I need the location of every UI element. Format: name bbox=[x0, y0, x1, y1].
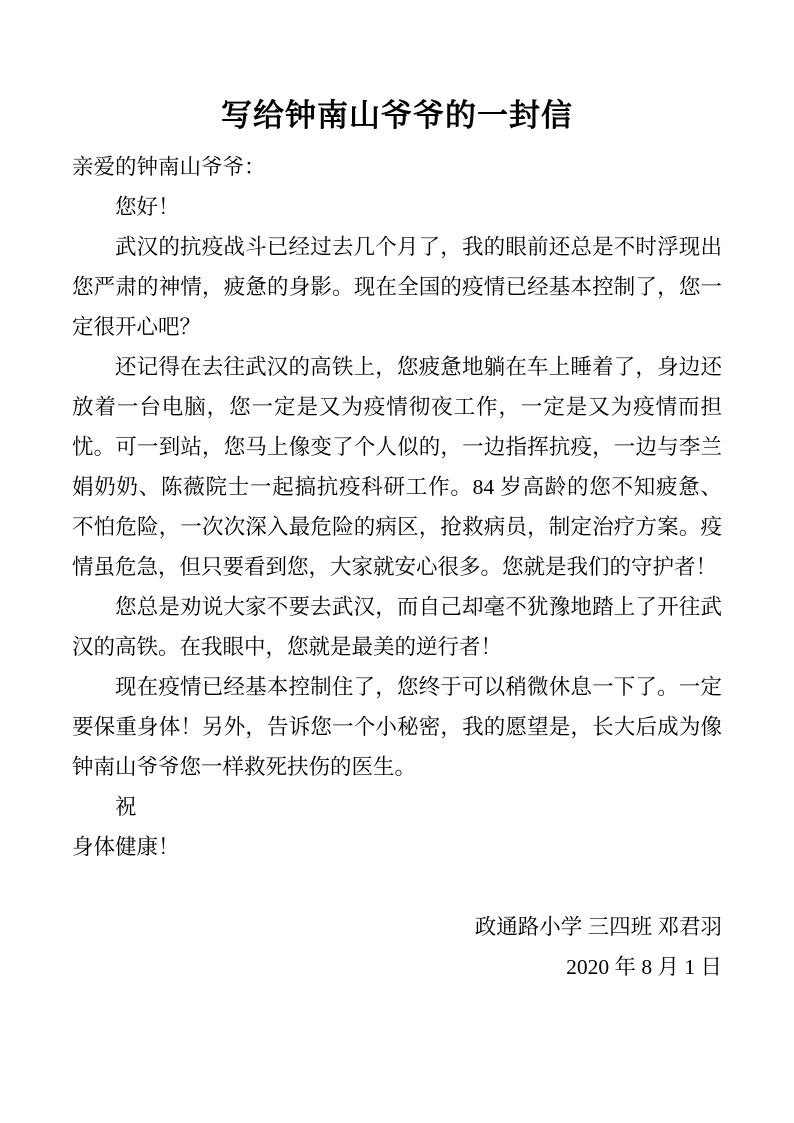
letter-body: 亲爱的钟南山爷爷： 您好！ 武汉的抗疫战斗已经过去几个月了，我的眼前还总是不时浮… bbox=[72, 147, 722, 987]
body-paragraph-3: 您总是劝说大家不要去武汉，而自己却毫不犹豫地踏上了开往武汉的高铁。在我眼中，您就… bbox=[72, 587, 722, 667]
greeting-line: 您好！ bbox=[72, 187, 722, 227]
letter-page: 写给钟南山爷爷的一封信 亲爱的钟南山爷爷： 您好！ 武汉的抗疫战斗已经过去几个月… bbox=[0, 0, 794, 1123]
date-line: 2020 年 8 月 1 日 bbox=[72, 947, 722, 987]
signature-block: 政通路小学 三四班 邓君羽 2020 年 8 月 1 日 bbox=[72, 907, 722, 987]
closing-wish-lead: 祝 bbox=[72, 787, 722, 827]
body-paragraph-1: 武汉的抗疫战斗已经过去几个月了，我的眼前还总是不时浮现出您严肃的神情，疲惫的身影… bbox=[72, 227, 722, 347]
signature-line: 政通路小学 三四班 邓君羽 bbox=[72, 907, 722, 947]
closing-wish-phrase: 身体健康！ bbox=[72, 827, 722, 867]
body-paragraph-2: 还记得在去往武汉的高铁上，您疲惫地躺在车上睡着了，身边还放着一台电脑，您一定是又… bbox=[72, 347, 722, 587]
page-title: 写给钟南山爷爷的一封信 bbox=[72, 97, 722, 134]
letter-content: 写给钟南山爷爷的一封信 亲爱的钟南山爷爷： 您好！ 武汉的抗疫战斗已经过去几个月… bbox=[72, 0, 722, 987]
body-paragraph-4: 现在疫情已经基本控制住了，您终于可以稍微休息一下了。一定要保重身体！另外，告诉您… bbox=[72, 667, 722, 787]
salutation-line: 亲爱的钟南山爷爷： bbox=[72, 147, 722, 187]
